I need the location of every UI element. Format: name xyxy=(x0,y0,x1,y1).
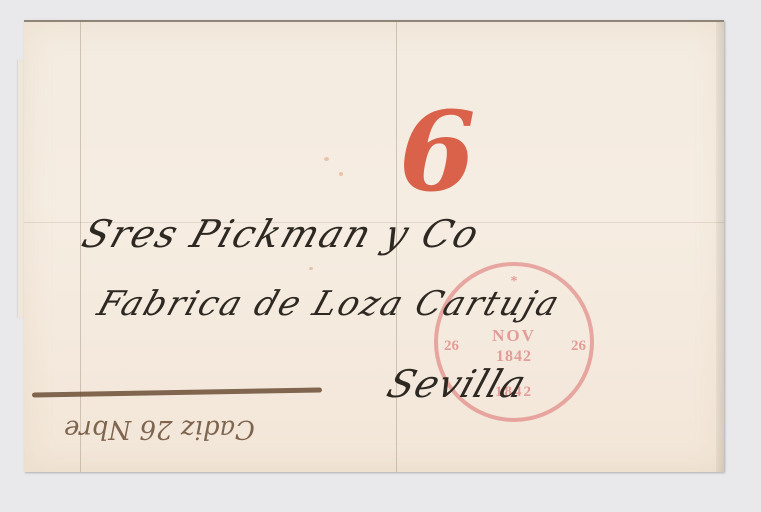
address-line-3: Sevilla xyxy=(382,362,532,406)
docket-note: Cadiz 26 Nbre xyxy=(64,414,255,444)
postmark-day-right: 26 xyxy=(571,338,586,355)
foxing-spot xyxy=(324,157,329,161)
postmark-month: NOV xyxy=(438,326,590,346)
address-line-2: Fabrica de Loza Cartuja xyxy=(93,284,566,324)
foxing-spot xyxy=(339,172,343,176)
right-flap-shadow xyxy=(716,22,724,472)
ink-underline-stroke xyxy=(32,387,322,397)
address-line-1: Sres Pickman y Co xyxy=(77,212,486,256)
folded-letter: 6 * 26 NOV 1842 26 1842 Sres Pickman y C… xyxy=(24,20,724,472)
foxing-spot xyxy=(309,267,313,270)
postage-rate-mark: 6 xyxy=(399,97,476,207)
